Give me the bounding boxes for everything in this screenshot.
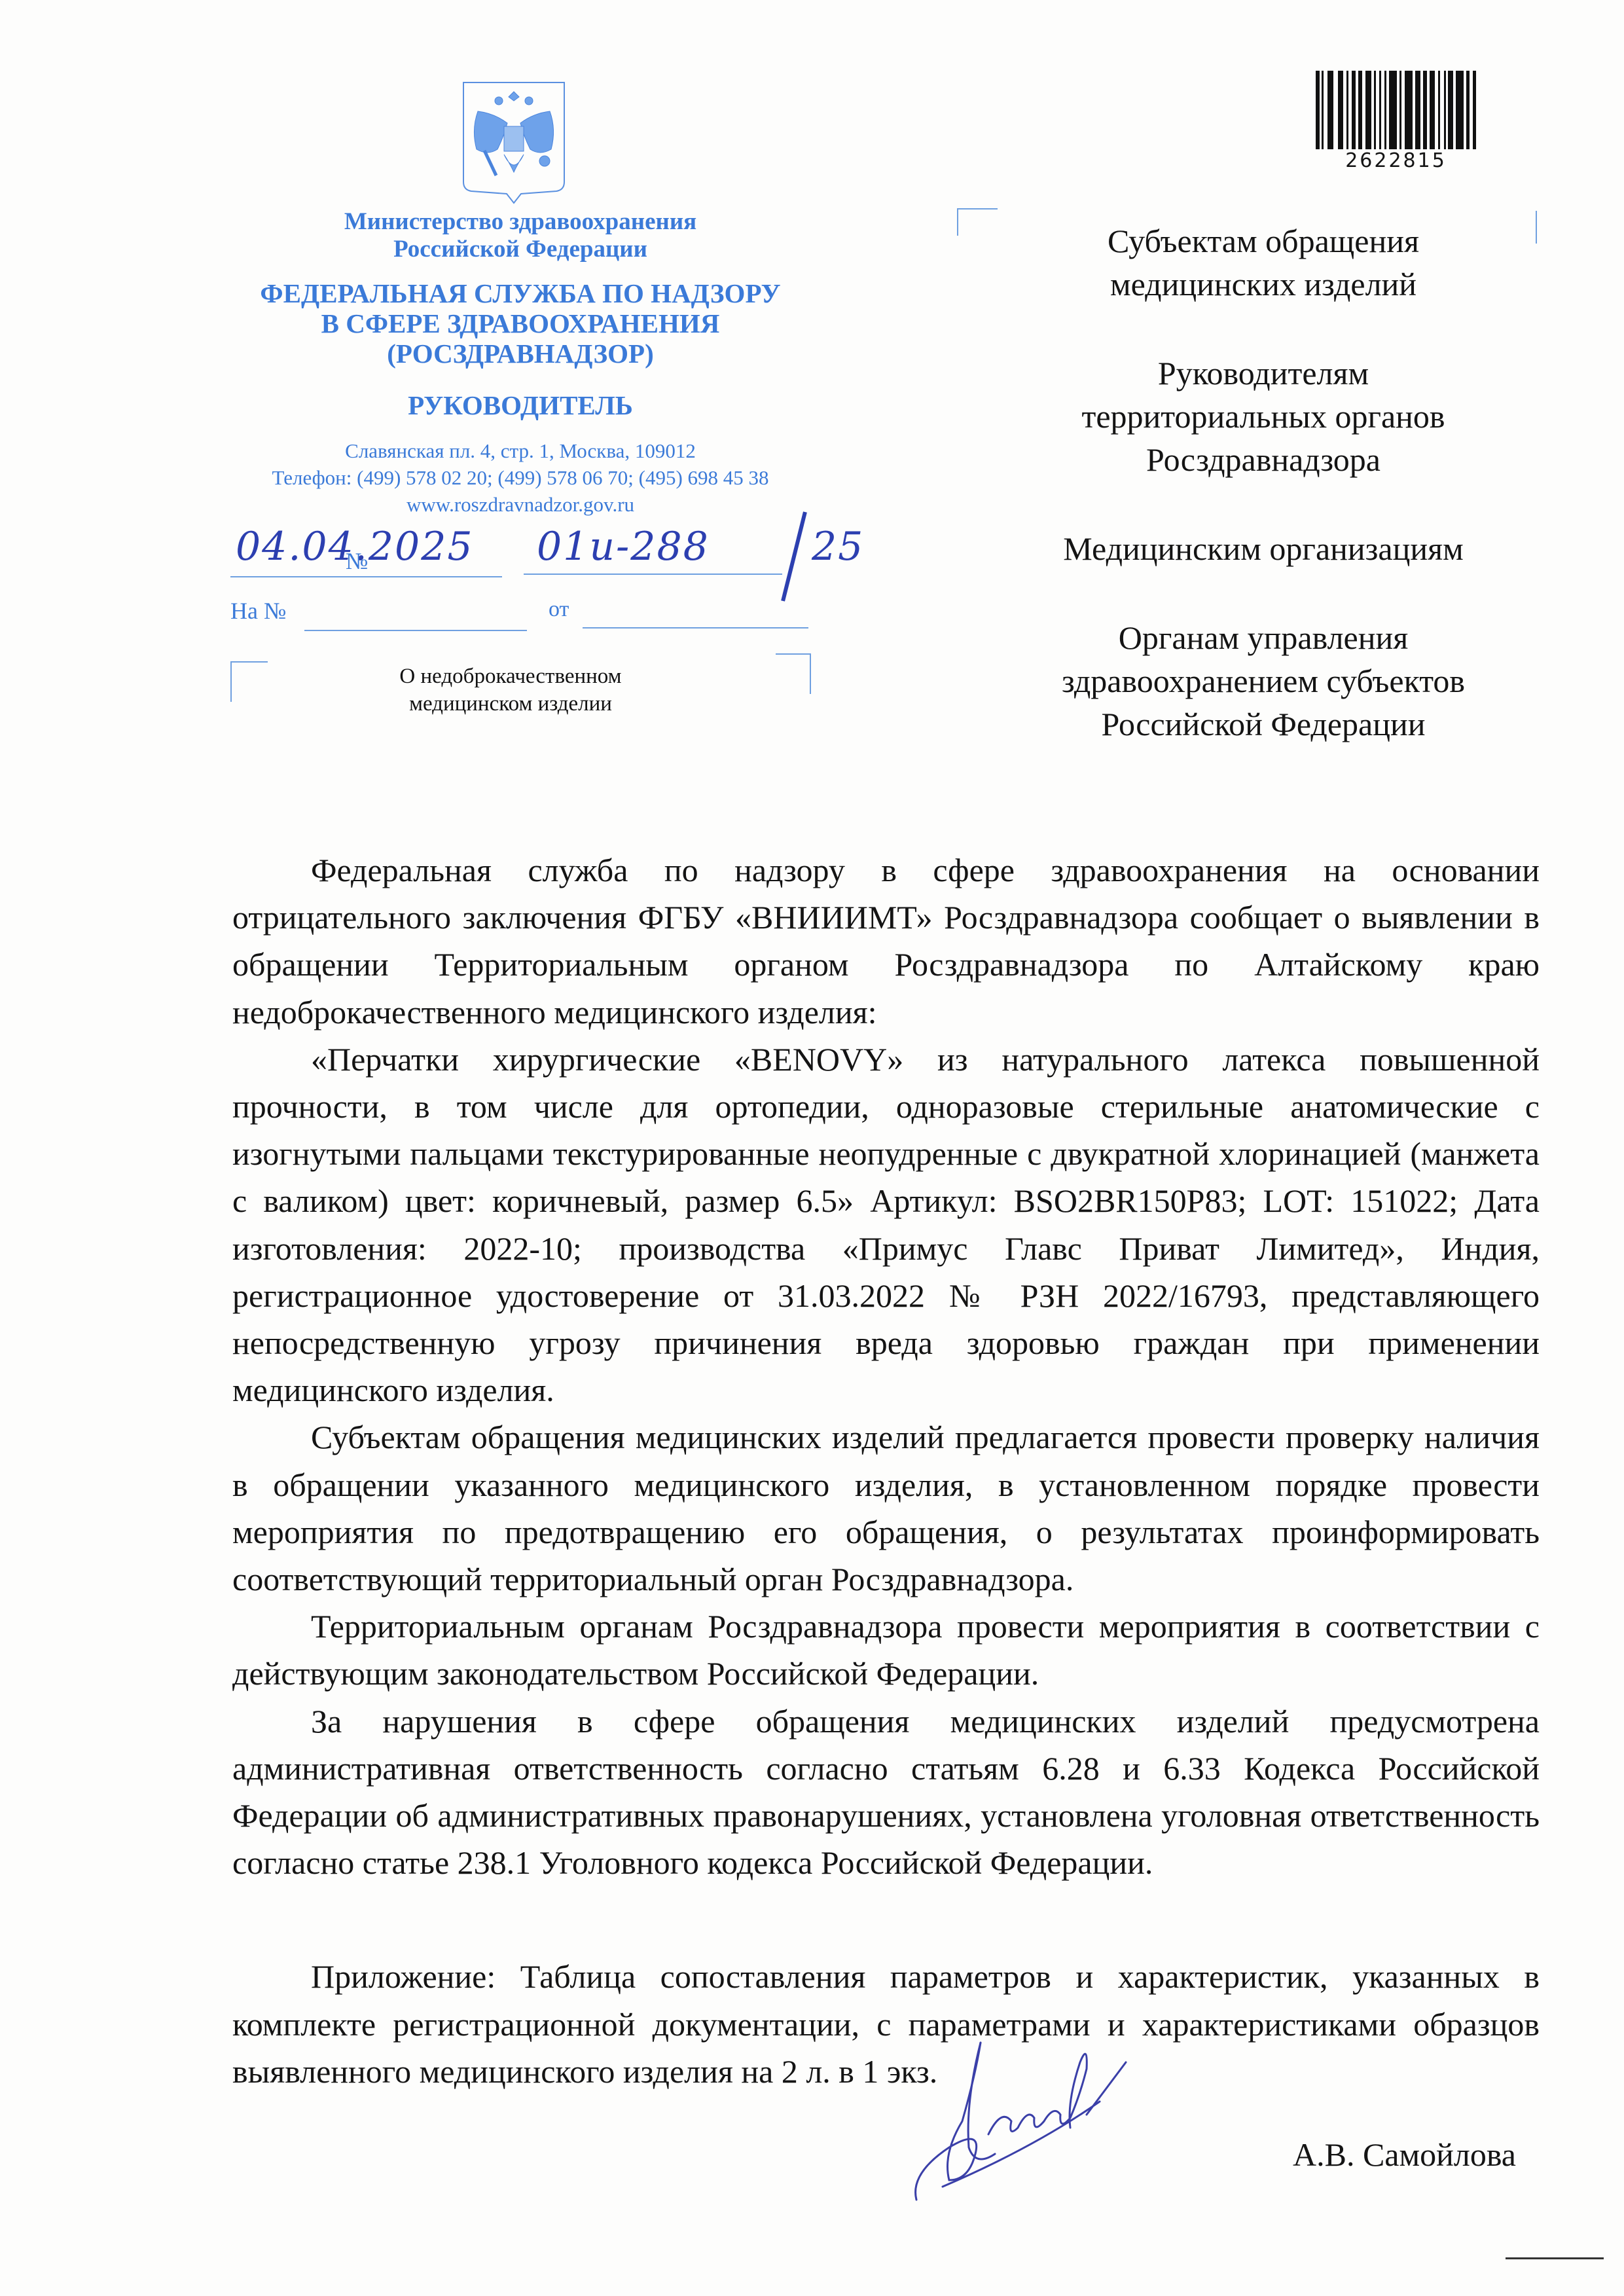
- sender-website: www.roszdravnadzor.gov.ru: [216, 491, 825, 518]
- subject-line-1: О недоброкачественном: [327, 663, 694, 690]
- recipient-line: Руководителям: [982, 352, 1545, 395]
- recipient-line: Медицинским организациям: [982, 527, 1545, 570]
- barcode-icon: [1316, 71, 1476, 149]
- body-paragraph: Территориальным органам Росздравнадзора …: [232, 1603, 1540, 1697]
- recipient-group: Органам управления здравоохранением субъ…: [982, 616, 1545, 746]
- reply-number-label: На №: [230, 597, 286, 625]
- recipient-line: медицинских изделий: [982, 263, 1545, 306]
- reply-from-label: от: [549, 597, 569, 622]
- sender-position: РУКОВОДИТЕЛЬ: [216, 390, 825, 421]
- registration-number: 01и-288: [537, 524, 710, 570]
- ministry-name: Министерство здравоохранения Российской …: [216, 208, 825, 263]
- scan-edge-mark: [1506, 2257, 1604, 2259]
- recipient-line: Росздравнадзора: [982, 438, 1545, 481]
- letter-body: Федеральная служба по надзору в сфере зд…: [232, 847, 1540, 1886]
- recipient-group: Медицинским организациям: [982, 527, 1545, 570]
- barcode-number: 2622815: [1316, 149, 1476, 172]
- body-paragraph: «Перчатки хирургические «BENOVY» из нату…: [232, 1036, 1540, 1414]
- subject-bracket-left: [230, 661, 268, 702]
- body-paragraph: Субъектам обращения медицинских изделий …: [232, 1413, 1540, 1603]
- subject-line-2: медицинском изделии: [327, 690, 694, 718]
- signer-name: А.В. Самойлова: [1293, 2136, 1516, 2174]
- sender-contacts: Славянская пл. 4, стр. 1, Москва, 109012…: [216, 437, 825, 518]
- service-line-3: (РОСЗДРАВНАДЗОР): [216, 338, 825, 369]
- number-underline: [524, 574, 782, 575]
- recipient-group: Руководителям территориальных органов Ро…: [982, 352, 1545, 481]
- subject-bracket-right: [776, 653, 811, 694]
- service-line-1: ФЕДЕРАЛЬНАЯ СЛУЖБА ПО НАДЗОРУ: [216, 278, 825, 308]
- ministry-line-1: Министерство здравоохранения: [216, 208, 825, 236]
- service-line-2: В СФЕРЕ ЗДРАВООХРАНЕНИЯ: [216, 308, 825, 338]
- service-name: ФЕДЕРАЛЬНАЯ СЛУЖБА ПО НАДЗОРУ В СФЕРЕ ЗД…: [216, 278, 825, 369]
- reply-number-field: [304, 630, 527, 631]
- body-paragraph: Федеральная служба по надзору в сфере зд…: [232, 847, 1540, 1036]
- recipient-group: Субъектам обращения медицинских изделий: [982, 219, 1545, 306]
- reply-date-field: [583, 627, 808, 629]
- recipient-line: здравоохранением субъектов: [982, 659, 1545, 702]
- recipient-line: Российской Федерации: [982, 702, 1545, 746]
- handwritten-slash-icon: [781, 511, 807, 601]
- sender-address: Славянская пл. 4, стр. 1, Москва, 109012: [216, 437, 825, 464]
- recipient-line: территориальных органов: [982, 395, 1545, 438]
- russian-coat-of-arms-icon: [458, 77, 569, 205]
- sender-phone: Телефон: (499) 578 02 20; (499) 578 06 7…: [216, 464, 825, 491]
- recipient-line: Органам управления: [982, 616, 1545, 659]
- number-sign: №: [346, 547, 368, 575]
- recipient-line: Субъектам обращения: [982, 219, 1545, 263]
- annex-note: Приложение: Таблица сопоставления параме…: [232, 1953, 1540, 2096]
- registration-number-suffix: 25: [812, 524, 864, 570]
- ministry-line-2: Российской Федерации: [216, 236, 825, 263]
- date-underline: [230, 576, 502, 577]
- handwritten-signature-icon: [903, 2023, 1296, 2219]
- recipients-block: Субъектам обращения медицинских изделий …: [982, 219, 1545, 792]
- annex-paragraph: Приложение: Таблица сопоставления параме…: [232, 1953, 1540, 2096]
- subject-line: О недоброкачественном медицинском издели…: [327, 663, 694, 718]
- body-paragraph: За нарушения в сфере обращения медицинск…: [232, 1698, 1540, 1887]
